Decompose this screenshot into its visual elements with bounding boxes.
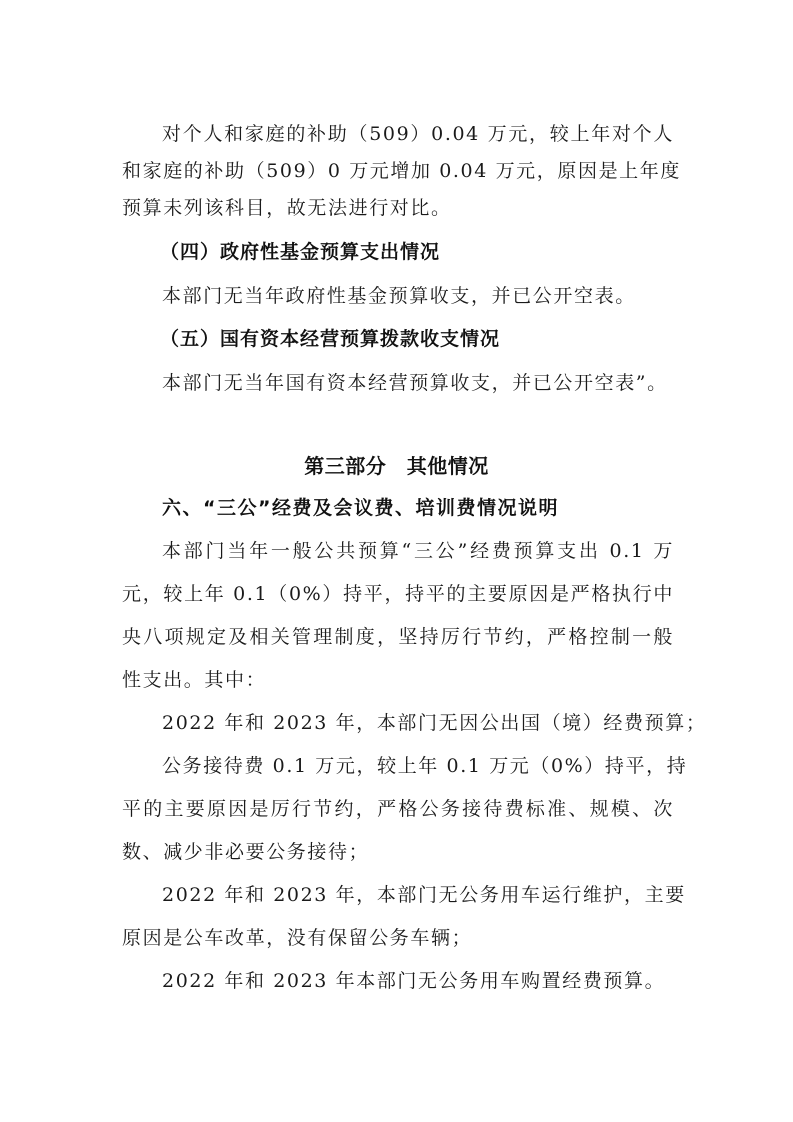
paragraph-line: 本部门无当年政府性基金预算收支，并已公开空表。: [162, 284, 714, 308]
paragraph-line: 平的主要原因是厉行节约，严格公务接待费标准、规模、次: [122, 797, 674, 821]
paragraph-line: 预算未列该科目，故无法进行对比。: [122, 196, 674, 220]
paragraph-line: 公务接待费 0.1 万元，较上年 0.1 万元（0%）持平，持: [162, 754, 674, 778]
paragraph-line: 和家庭的补助（509）0 万元增加 0.04 万元，原因是上年度: [122, 159, 674, 183]
paragraph-line: 本部门无当年国有资本经营预算收支，并已公开空表”。: [162, 371, 714, 395]
paragraph-line: 2022 年和 2023 年，本部门无因公出国（境）经费预算；: [162, 711, 714, 735]
section-heading: 六、“三公”经费及会议费、培训费情况说明: [162, 496, 714, 520]
paragraph-line: 2022 年和 2023 年，本部门无公务用车运行维护，主要: [162, 883, 674, 907]
part-title: 第三部分 其他情况: [0, 454, 793, 478]
paragraph-line: 本部门当年一般公共预算“三公”经费预算支出 0.1 万: [162, 539, 674, 563]
subsection-heading-4: （四）政府性基金预算支出情况: [160, 240, 712, 264]
paragraph-line: 央八项规定及相关管理制度，坚持厉行节约，严格控制一般: [122, 625, 674, 649]
paragraph-line: 性支出。其中：: [122, 668, 674, 692]
paragraph-line: 原因是公车改革，没有保留公务车辆；: [122, 926, 674, 950]
paragraph-line: 对个人和家庭的补助（509）0.04 万元，较上年对个人: [162, 122, 674, 146]
paragraph-line: 元，较上年 0.1（0%）持平，持平的主要原因是严格执行中: [122, 582, 674, 606]
paragraph-line: 数、减少非必要公务接待；: [122, 840, 674, 864]
subsection-heading-5: （五）国有资本经营预算拨款收支情况: [160, 327, 712, 351]
document-page: 对个人和家庭的补助（509）0.04 万元，较上年对个人 和家庭的补助（509）…: [0, 0, 793, 1122]
paragraph-line: 2022 年和 2023 年本部门无公务用车购置经费预算。: [162, 969, 714, 993]
